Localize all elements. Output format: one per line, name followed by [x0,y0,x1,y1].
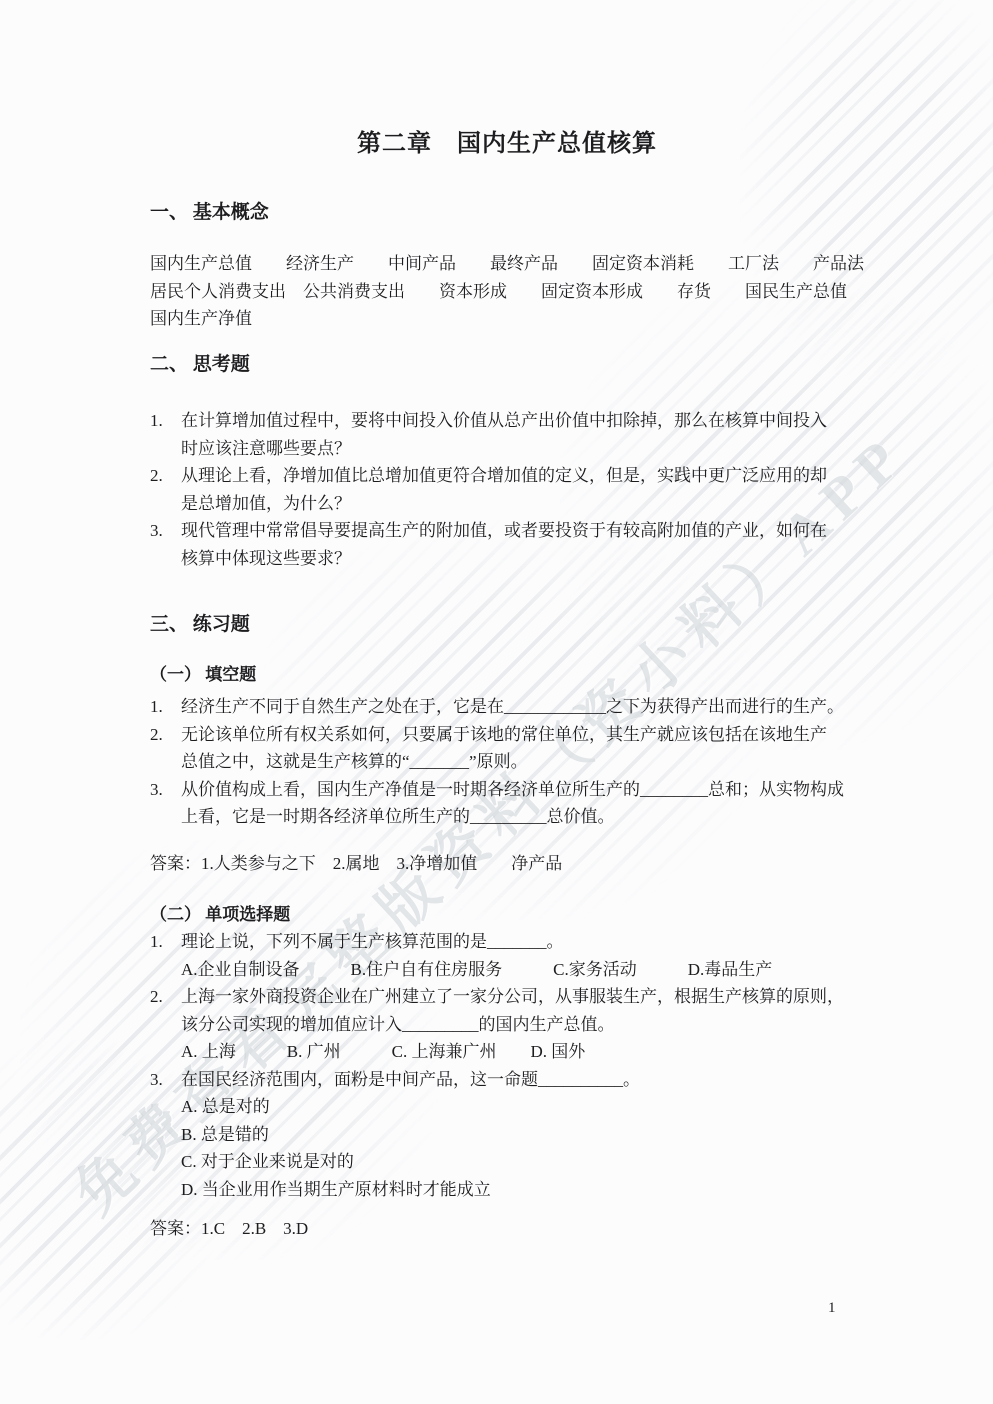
question-text-line: 从理论上看，净增加值比总增加值更符合增加值的定义，但是，实践中更广泛应用的却 [181,462,864,490]
question-number: 2. [150,462,163,490]
fill-blank-answer-line: 答案：1.人类参与之下 2.属地 3.净增加值 净产品 [150,850,864,878]
question-text-line: 现代管理中常常倡导要提高生产的附加值，或者要投资于有较高附加值的产业，如何在 [181,517,864,545]
subsection-heading-fill-blank: （一） 填空题 [150,663,864,687]
question-number: 3. [150,517,163,545]
think-question-1: 1. 在计算增加值过程中，要将中间投入价值从总产出价值中扣除掉，那么在核算中间投… [150,407,864,462]
question-number: 1. [150,407,163,435]
options-line: A. 总是对的 [181,1093,864,1121]
section-heading-exercises: 三、 练习题 [150,612,864,638]
question-number: 1. [150,928,163,956]
question-number: 2. [150,983,163,1011]
section-heading-basic-concepts: 一、 基本概念 [150,200,864,226]
fill-blank-list: 1. 经济生产不同于自然生产之处在于，它是在____________之下为获得产… [150,693,864,831]
terms-line: 居民个人消费支出 公共消费支出 资本形成 固定资本形成 存货 国民生产总值 [150,278,864,306]
question-number: 3. [150,776,163,804]
single-choice-answer-line: 答案：1.C 2.B 3.D [150,1215,864,1243]
question-number: 3. [150,1066,163,1094]
think-question-2: 2. 从理论上看，净增加值比总增加值更符合增加值的定义，但是，实践中更广泛应用的… [150,462,864,517]
terms-line: 国内生产总值 经济生产 中间产品 最终产品 固定资本消耗 工厂法 产品法 [150,250,864,278]
question-text-line: 是总增加值，为什么？ [181,490,864,518]
page-number: 1 [828,1298,836,1318]
question-text-line: 总值之中，这就是生产核算的“_______”原则。 [181,748,864,776]
single-choice-list: 1. 理论上说，下列不属于生产核算范围的是_______。 A.企业自制设备 B… [150,928,864,1203]
fill-question-2: 2. 无论该单位所有权关系如何，只要属于该地的常住单位，其生产就应该包括在该地生… [150,721,864,776]
subsection-heading-single-choice: （二） 单项选择题 [150,903,864,927]
section-heading-think-questions: 二、 思考题 [150,352,864,378]
question-text-line: 时应该注意哪些要点？ [181,435,864,463]
question-text-line: 该分公司实现的增加值应计入_________的国内生产总值。 [181,1011,864,1039]
options-line: D. 当企业用作当期生产原材料时才能成立 [181,1176,864,1204]
question-text-line: 上海一家外商投资企业在广州建立了一家分公司，从事服装生产，根据生产核算的原则， [181,983,864,1011]
choice-question-2: 2. 上海一家外商投资企业在广州建立了一家分公司，从事服装生产，根据生产核算的原… [150,983,864,1066]
question-text-line: 在国民经济范围内，面粉是中间产品，这一命题__________。 [181,1066,864,1094]
question-text-line: 核算中体现这些要求？ [181,545,864,573]
options-line: A.企业自制设备 B.住户自有住房服务 C.家务活动 D.毒品生产 [181,956,864,984]
fill-question-1: 1. 经济生产不同于自然生产之处在于，它是在____________之下为获得产… [150,693,864,721]
think-question-3: 3. 现代管理中常常倡导要提高生产的附加值，或者要投资于有较高附加值的产业，如何… [150,517,864,572]
question-number: 2. [150,721,163,749]
question-text-line: 上看，它是一时期各经济单位所生产的_________总价值。 [181,803,864,831]
question-text-line: 无论该单位所有权关系如何，只要属于该地的常住单位，其生产就应该包括在该地生产 [181,721,864,749]
fill-question-3: 3. 从价值构成上看，国内生产净值是一时期各经济单位所生产的________总和… [150,776,864,831]
options-line: B. 总是错的 [181,1121,864,1149]
question-text-line: 理论上说，下列不属于生产核算范围的是_______。 [181,928,864,956]
terms-paragraph: 国内生产总值 经济生产 中间产品 最终产品 固定资本消耗 工厂法 产品法 居民个… [150,250,864,333]
question-number: 1. [150,693,163,721]
choice-question-1: 1. 理论上说，下列不属于生产核算范围的是_______。 A.企业自制设备 B… [150,928,864,983]
options-line: A. 上海 B. 广州 C. 上海兼广州 D. 国外 [181,1038,864,1066]
options-line: C. 对于企业来说是对的 [181,1148,864,1176]
question-text-line: 经济生产不同于自然生产之处在于，它是在____________之下为获得产出而进… [181,693,864,721]
terms-line: 国内生产净值 [150,305,864,333]
question-text-line: 从价值构成上看，国内生产净值是一时期各经济单位所生产的________总和；从实… [181,776,864,804]
think-question-list: 1. 在计算增加值过程中，要将中间投入价值从总产出价值中扣除掉，那么在核算中间投… [150,407,864,572]
document-page: 免费查看完整版资料（资小料）APP 第二章 国内生产总值核算 一、 基本概念 国… [0,0,993,1404]
question-text-line: 在计算增加值过程中，要将中间投入价值从总产出价值中扣除掉，那么在核算中间投入 [181,407,864,435]
choice-question-3: 3. 在国民经济范围内，面粉是中间产品，这一命题__________。 A. 总… [150,1066,864,1204]
chapter-title: 第二章 国内生产总值核算 [150,127,864,161]
